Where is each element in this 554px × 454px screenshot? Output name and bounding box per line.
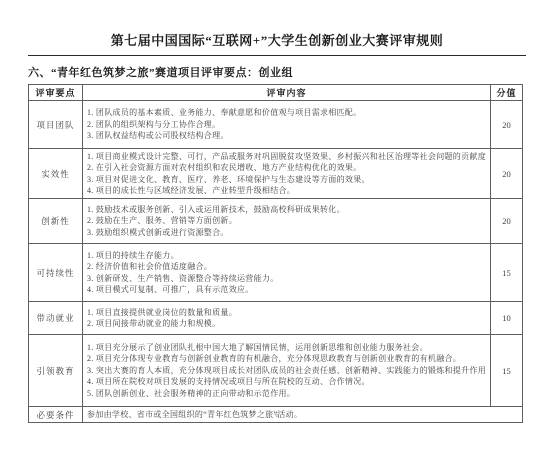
content-item: 1. 项目商业模式设计完整、可行，产品或服务对巩固脱贫攻坚效果、乡村振兴和社区治… bbox=[87, 151, 486, 163]
criteria-cell: 实效性 bbox=[29, 149, 83, 199]
score-cell: 10 bbox=[491, 302, 523, 335]
criteria-cell: 引领教育 bbox=[29, 335, 83, 407]
content-item: 2. 团队的组织架构与分工协作合理。 bbox=[87, 119, 486, 131]
content-item: 1. 项目直接提供就业岗位的数量和质量。 bbox=[87, 307, 486, 319]
page-title: 第七届中国国际“互联网+”大学生创新创业大赛评审规则 bbox=[0, 30, 554, 49]
title-divider bbox=[28, 55, 526, 56]
content-item: 3. 项目对促进文化、教育、医疗、养老、环境保护与生态建设等方面的效果。 bbox=[87, 174, 486, 186]
table-row-employment: 带动就业 1. 项目直接提供就业岗位的数量和质量。 2. 项目间接带动就业的能力… bbox=[29, 302, 523, 335]
header-content: 评审内容 bbox=[83, 85, 491, 101]
content-item: 1. 项目充分展示了创业团队扎根中国大地了解国情民情，运用创新思维和创业能力服务… bbox=[87, 342, 486, 354]
content-cell: 1. 项目的持续生存能力。 2. 经济价值和社会价值适度融合。 3. 创新研发、… bbox=[83, 244, 491, 302]
table-header-row: 评审要点 评审内容 分值 bbox=[29, 85, 523, 101]
criteria-cell: 可持续性 bbox=[29, 244, 83, 302]
content-cell: 1. 团队成员的基本素质、业务能力、奉献意愿和价值观与项目需求相匹配。 2. 团… bbox=[83, 101, 491, 149]
header-score: 分值 bbox=[491, 85, 523, 101]
content-item: 4. 项目模式可复制、可推广，具有示范效应。 bbox=[87, 284, 486, 296]
content-cell: 1. 项目直接提供就业岗位的数量和质量。 2. 项目间接带动就业的能力和规模。 bbox=[83, 302, 491, 335]
content-item: 3. 鼓励组织模式创新或进行资源整合。 bbox=[87, 227, 486, 239]
rubric-table: 评审要点 评审内容 分值 项目团队 1. 团队成员的基本素质、业务能力、奉献意愿… bbox=[28, 84, 523, 423]
score-cell: 15 bbox=[491, 335, 523, 407]
table-row-education: 引领教育 1. 项目充分展示了创业团队扎根中国大地了解国情民情，运用创新思维和创… bbox=[29, 335, 523, 407]
criteria-cell: 创新性 bbox=[29, 199, 83, 244]
content-item: 4. 项目的成长性与区域经济发展、产业转型升级相结合。 bbox=[87, 185, 486, 197]
content-item: 1. 团队成员的基本素质、业务能力、奉献意愿和价值观与项目需求相匹配。 bbox=[87, 107, 486, 119]
criteria-cell: 带动就业 bbox=[29, 302, 83, 335]
score-cell: 20 bbox=[491, 101, 523, 149]
content-item: 5. 团队创新创业、社会服务精神的正向带动和示范作用。 bbox=[87, 388, 486, 400]
table-row-innovation: 创新性 1. 鼓励技术或服务创新、引入或运用新技术，鼓励高校科研成果转化。 2.… bbox=[29, 199, 523, 244]
content-cell: 1. 鼓励技术或服务创新、引入或运用新技术，鼓励高校科研成果转化。 2. 鼓励在… bbox=[83, 199, 491, 244]
content-cell: 1. 项目商业模式设计完整、可行，产品或服务对巩固脱贫攻坚效果、乡村振兴和社区治… bbox=[83, 149, 491, 199]
table-row-project-team: 项目团队 1. 团队成员的基本素质、业务能力、奉献意愿和价值观与项目需求相匹配。… bbox=[29, 101, 523, 149]
table-row-sustainability: 可持续性 1. 项目的持续生存能力。 2. 经济价值和社会价值适度融合。 3. … bbox=[29, 244, 523, 302]
content-item: 4. 项目所在院校对项目发展的支持情况或项目与所在院校的互动、合作情况。 bbox=[87, 376, 486, 388]
content-item: 1. 项目的持续生存能力。 bbox=[87, 250, 486, 262]
document-page: { "page": { "title": "第七届中国国际“互联网+”大学生创新… bbox=[0, 0, 554, 454]
content-item: 2. 项目间接带动就业的能力和规模。 bbox=[87, 318, 486, 330]
criteria-cell: 项目团队 bbox=[29, 101, 83, 149]
score-cell: 15 bbox=[491, 244, 523, 302]
content-item: 2. 经济价值和社会价值适度融合。 bbox=[87, 261, 486, 273]
content-cell: 1. 项目充分展示了创业团队扎根中国大地了解国情民情，运用创新思维和创业能力服务… bbox=[83, 335, 491, 407]
page-number: 6 bbox=[0, 411, 554, 419]
header-criteria: 评审要点 bbox=[29, 85, 83, 101]
content-item: 3. 创新研发、生产销售、资源整合等持续运营能力。 bbox=[87, 273, 486, 285]
score-cell: 20 bbox=[491, 199, 523, 244]
score-cell: 20 bbox=[491, 149, 523, 199]
content-item: 2. 项目充分体现专业教育与创新创业教育的有机融合，充分体现思政教育与创新创业教… bbox=[87, 353, 486, 365]
content-item: 3. 团队权益结构或公司股权结构合理。 bbox=[87, 130, 486, 142]
content-item: 1. 鼓励技术或服务创新、引入或运用新技术，鼓励高校科研成果转化。 bbox=[87, 204, 486, 216]
content-item: 2. 鼓励在生产、服务、营销等方面创新。 bbox=[87, 215, 486, 227]
content-item: 3. 突出大赛的育人本质，充分体现项目成长对团队成员的社会责任感、创新精神、实践… bbox=[87, 365, 486, 377]
table-row-effectiveness: 实效性 1. 项目商业模式设计完整、可行，产品或服务对巩固脱贫攻坚效果、乡村振兴… bbox=[29, 149, 523, 199]
section-heading: 六、“青年红色筑梦之旅”赛道项目评审要点：创业组 bbox=[28, 64, 554, 80]
content-item: 2. 在引入社会资源方面对农村组织和农民增收、地方产业结构优化的效果。 bbox=[87, 162, 486, 174]
